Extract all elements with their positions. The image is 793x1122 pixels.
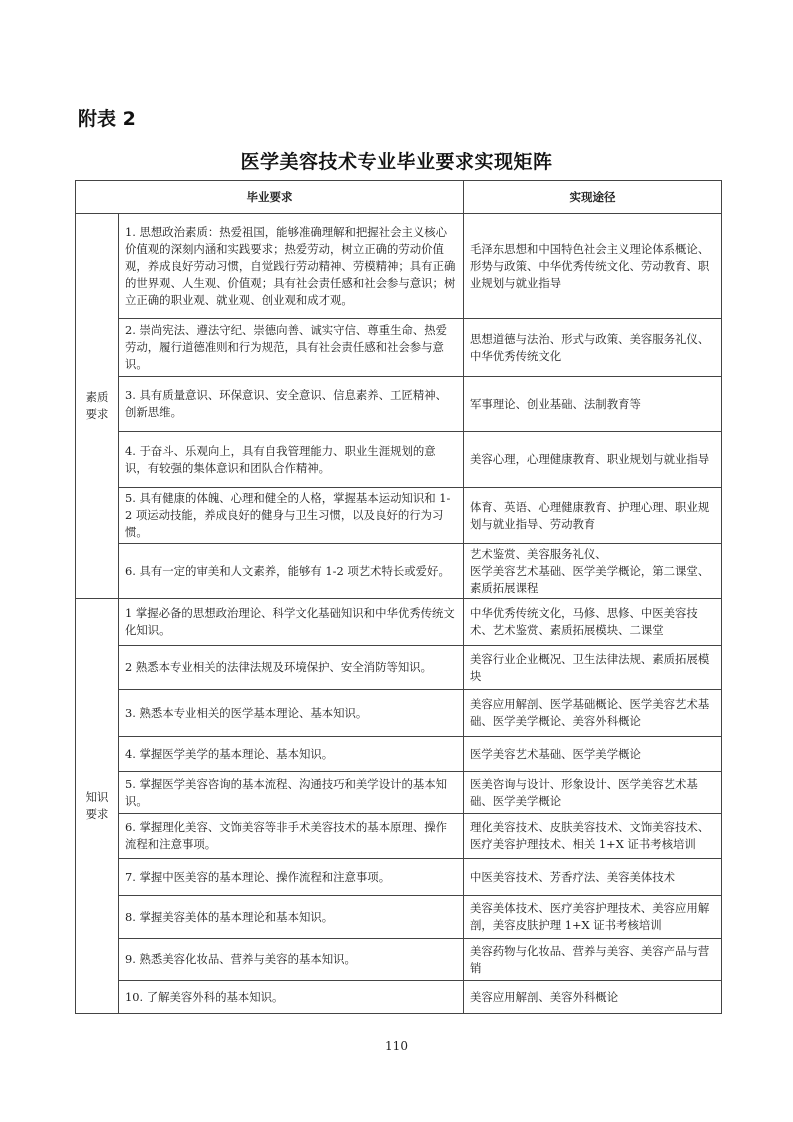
requirement-cell: 2. 崇尚宪法、遵法守纪、崇德向善、诚实守信、尊重生命、热爱劳动，履行道德准则和… [119,319,464,377]
requirement-cell: 3. 熟悉本专业相关的医学基本理论、基本知识。 [119,690,464,737]
table-row: 2 熟悉本专业相关的法律法规及环境保护、安全消防等知识。 美容行业企业概况、卫生… [76,646,722,690]
path-cell: 毛泽东思想和中国特色社会主义理论体系概论、形势与政策、中华优秀传统文化、劳动教育… [464,214,722,319]
requirement-cell: 1 掌握必备的思想政治理论、科学文化基础知识和中华优秀传统文化知识。 [119,599,464,646]
page-number: 110 [0,1039,793,1053]
path-cell: 美容药物与化妆品、营养与美容、美容产品与营销 [464,939,722,981]
requirement-cell: 2 熟悉本专业相关的法律法规及环境保护、安全消防等知识。 [119,646,464,690]
table-row: 8. 掌握美容美体的基本理论和基本知识。 美容美体技术、医疗美容护理技术、美容应… [76,896,722,939]
category-label: 素质要求 [85,389,109,423]
table-row: 6. 掌握理化美容、文饰美容等非手术美容技术的基本原理、操作流程和注意事项。 理… [76,814,722,859]
path-cell: 医美咨询与设计、形象设计、医学美容艺术基础、医学美学概论 [464,772,722,814]
path-cell: 医学美容艺术基础、医学美学概论 [464,737,722,772]
category-knowledge: 知识要求 [76,599,119,1014]
path-cell: 思想道德与法治、形式与政策、美容服务礼仪、中华优秀传统文化 [464,319,722,377]
table-row: 2. 崇尚宪法、遵法守纪、崇德向善、诚实守信、尊重生命、热爱劳动，履行道德准则和… [76,319,722,377]
path-cell: 美容应用解剖、美容外科概论 [464,981,722,1014]
requirement-cell: 9. 熟悉美容化妆品、营养与美容的基本知识。 [119,939,464,981]
path-cell: 体育、英语、心理健康教育、护理心理、职业规划与就业指导、劳动教育 [464,488,722,544]
requirement-cell: 4. 于奋斗、乐观向上，具有自我管理能力、职业生涯规划的意识，有较强的集体意识和… [119,432,464,488]
requirement-cell: 4. 掌握医学美学的基本理论、基本知识。 [119,737,464,772]
path-cell: 美容心理，心理健康教育、职业规划与就业指导 [464,432,722,488]
path-cell: 美容应用解剖、医学基础概论、医学美容艺术基础、医学美学概论、美容外科概论 [464,690,722,737]
table-row: 6. 具有一定的审美和人文素养，能够有 1-2 项艺术特长或爱好。 艺术鉴赏、美… [76,544,722,599]
path-cell: 美容美体技术、医疗美容护理技术、美容应用解剖，美容皮肤护理 1+X 证书考核培训 [464,896,722,939]
path-cell: 中华优秀传统文化，马修、思修、中医美容技术、艺术鉴赏、素质拓展模块、二课堂 [464,599,722,646]
table-row: 4. 于奋斗、乐观向上，具有自我管理能力、职业生涯规划的意识，有较强的集体意识和… [76,432,722,488]
table-row: 3. 具有质量意识、环保意识、安全意识、信息素养、工匠精神、创新思维。 军事理论… [76,377,722,432]
path-cell: 军事理论、创业基础、法制教育等 [464,377,722,432]
table-header-row: 毕业要求 实现途径 [76,181,722,214]
table-row: 9. 熟悉美容化妆品、营养与美容的基本知识。 美容药物与化妆品、营养与美容、美容… [76,939,722,981]
requirement-cell: 7. 掌握中医美容的基本理论、操作流程和注意事项。 [119,859,464,896]
path-cell: 艺术鉴赏、美容服务礼仪、 医学美容艺术基础、医学美学概论，第二课堂、素质拓展课程 [464,544,722,599]
requirement-cell: 6. 掌握理化美容、文饰美容等非手术美容技术的基本原理、操作流程和注意事项。 [119,814,464,859]
table-row: 3. 熟悉本专业相关的医学基本理论、基本知识。 美容应用解剖、医学基础概论、医学… [76,690,722,737]
table-row: 素质要求 1. 思想政治素质：热爱祖国，能够准确理解和把握社会主义核心价值观的深… [76,214,722,319]
path-cell: 中医美容技术、芳香疗法、美容美体技术 [464,859,722,896]
requirement-cell: 1. 思想政治素质：热爱祖国，能够准确理解和把握社会主义核心价值观的深刻内涵和实… [119,214,464,319]
table-row: 4. 掌握医学美学的基本理论、基本知识。 医学美容艺术基础、医学美学概论 [76,737,722,772]
category-label: 知识要求 [85,789,109,823]
path-cell: 理化美容技术、皮肤美容技术、文饰美容技术、医疗美容护理技术、相关 1+X 证书考… [464,814,722,859]
requirement-cell: 5. 具有健康的体魄、心理和健全的人格，掌握基本运动知识和 1-2 项运动技能，… [119,488,464,544]
requirement-cell: 5. 掌握医学美容咨询的基本流程、沟通技巧和美学设计的基本知识。 [119,772,464,814]
requirement-cell: 6. 具有一定的审美和人文素养，能够有 1-2 项艺术特长或爱好。 [119,544,464,599]
appendix-label: 附表 2 [78,104,136,131]
table-row: 7. 掌握中医美容的基本理论、操作流程和注意事项。 中医美容技术、芳香疗法、美容… [76,859,722,896]
graduation-requirements-matrix: 毕业要求 实现途径 素质要求 1. 思想政治素质：热爱祖国，能够准确理解和把握社… [75,180,722,1014]
table-row: 知识要求 1 掌握必备的思想政治理论、科学文化基础知识和中华优秀传统文化知识。 … [76,599,722,646]
requirement-cell: 8. 掌握美容美体的基本理论和基本知识。 [119,896,464,939]
table-row: 5. 掌握医学美容咨询的基本流程、沟通技巧和美学设计的基本知识。 医美咨询与设计… [76,772,722,814]
requirement-cell: 3. 具有质量意识、环保意识、安全意识、信息素养、工匠精神、创新思维。 [119,377,464,432]
table-row: 10. 了解美容外科的基本知识。 美容应用解剖、美容外科概论 [76,981,722,1014]
header-implementation-path: 实现途径 [464,181,722,214]
page-title: 医学美容技术专业毕业要求实现矩阵 [0,147,793,174]
path-cell: 美容行业企业概况、卫生法律法规、素质拓展模块 [464,646,722,690]
requirement-cell: 10. 了解美容外科的基本知识。 [119,981,464,1014]
table-row: 5. 具有健康的体魄、心理和健全的人格，掌握基本运动知识和 1-2 项运动技能，… [76,488,722,544]
header-requirements: 毕业要求 [76,181,464,214]
category-quality: 素质要求 [76,214,119,599]
